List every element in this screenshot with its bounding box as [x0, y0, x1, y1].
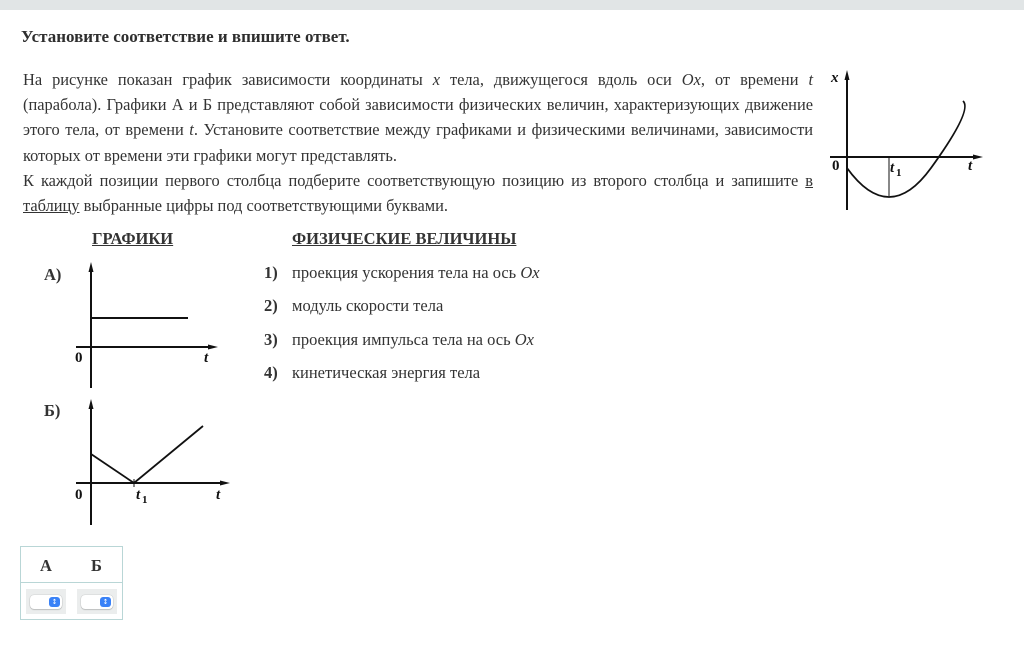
svg-text:0: 0: [75, 487, 83, 503]
graph-b: 0 t 1 t: [72, 395, 237, 527]
svg-text:0: 0: [832, 158, 840, 174]
answer-table-header: А Б: [21, 547, 122, 583]
svg-text:t: t: [204, 350, 209, 366]
graph-b-label: Б): [44, 401, 60, 421]
answer-cell-b: ↕: [77, 589, 117, 614]
svg-text:t: t: [890, 160, 895, 176]
answer-select-b[interactable]: ↕: [81, 595, 113, 609]
updown-chevron-icon: ↕: [49, 597, 60, 607]
svg-text:1: 1: [142, 494, 148, 506]
answer-cell-a: ↕: [26, 589, 66, 614]
main-graph-x-vs-t: x 0 t 1 t: [826, 68, 991, 213]
svg-text:t: t: [136, 487, 141, 503]
graph-a-label: А): [44, 265, 61, 285]
svg-text:t: t: [968, 158, 973, 174]
answer-select-a[interactable]: ↕: [30, 595, 62, 609]
task-statement: На рисунке показан график зависимости ко…: [23, 67, 813, 218]
svg-text:0: 0: [75, 350, 83, 366]
graphs-column-heading: ГРАФИКИ: [92, 229, 173, 249]
answer-header-b: Б: [91, 556, 102, 576]
answer-table: А Б ↕ ↕: [20, 546, 123, 620]
updown-chevron-icon: ↕: [100, 597, 111, 607]
svg-text:x: x: [830, 70, 839, 86]
svg-text:t: t: [216, 487, 221, 503]
quantities-column-heading: ФИЗИЧЕСКИЕ ВЕЛИЧИНЫ: [292, 229, 516, 249]
task-title: Установите соответствие и впишите ответ.: [21, 27, 350, 47]
graph-a: 0 t: [72, 258, 222, 390]
statement-paragraph-1: На рисунке показан график зависимости ко…: [23, 67, 813, 168]
top-bar: [0, 0, 1024, 10]
answer-header-a: А: [40, 556, 52, 576]
statement-paragraph-2: К каждой позиции первого столбца подбери…: [23, 168, 813, 218]
svg-text:1: 1: [896, 167, 902, 179]
